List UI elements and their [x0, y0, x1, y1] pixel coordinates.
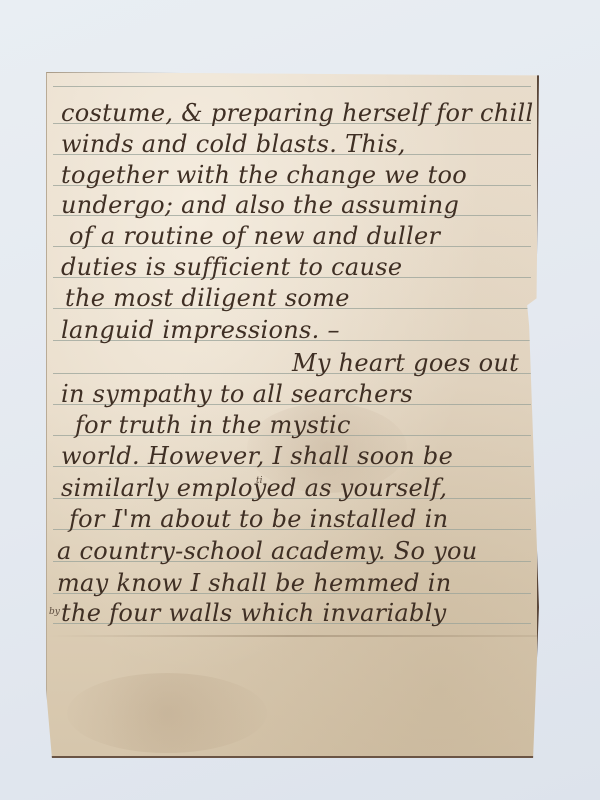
text-line: undergo; and also the assuming — [61, 191, 537, 219]
letter-page: costume, & preparing herself for chill w… — [46, 72, 539, 758]
text-line: similarly employed as yourself, — [61, 474, 537, 502]
text-line: duties is sufficient to cause — [61, 253, 537, 281]
margin-note: by — [49, 607, 60, 617]
text-line: the most diligent some — [65, 284, 537, 312]
text-line: languid impressions. – — [61, 316, 537, 344]
text-line: together with the change we too — [61, 161, 537, 189]
text-line: My heart goes out — [292, 349, 537, 377]
text-line: for truth in the mystic — [75, 411, 537, 439]
text-line: costume, & preparing herself for chill — [61, 99, 537, 127]
paper-stain — [67, 673, 267, 753]
text-line: for I'm about to be installed in — [69, 505, 537, 533]
text-line: world. However, I shall soon be — [61, 442, 537, 470]
interlinear-insertion: ti — [256, 476, 263, 486]
text-line: a country-school academy. So you — [57, 537, 537, 565]
text-line: the four walls which invariably — [61, 599, 537, 627]
text-line: of a routine of new and duller — [69, 222, 537, 250]
text-line: may know I shall be hemmed in — [57, 569, 537, 597]
text-line: winds and cold blasts. This, — [61, 130, 537, 158]
text-line: in sympathy to all searchers — [61, 380, 537, 408]
ruled-line — [53, 86, 531, 87]
paper-fold — [47, 635, 537, 637]
